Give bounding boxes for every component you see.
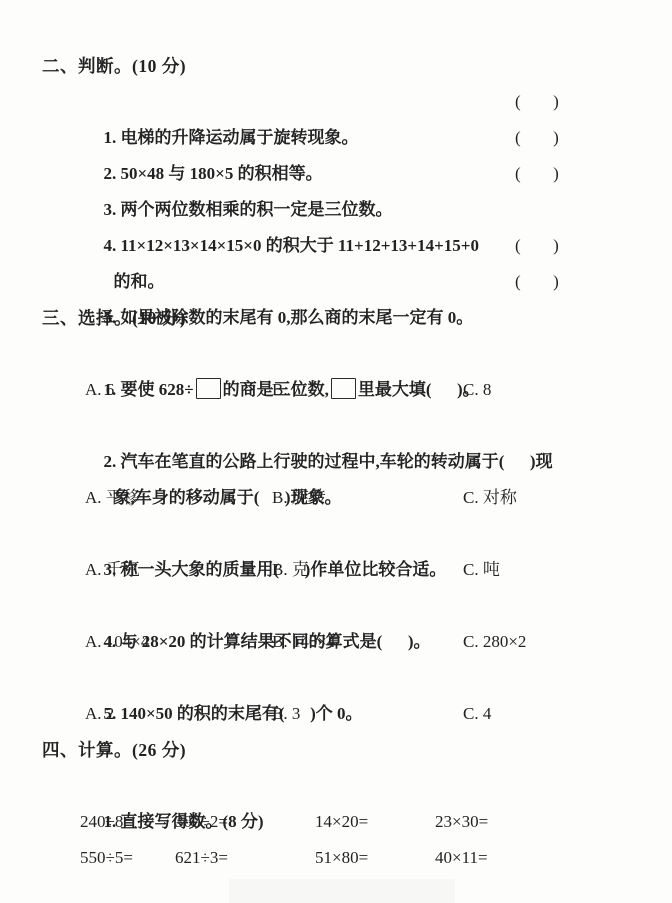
- choice-question-5-options: A. 2 B. 3 C. 4: [85, 696, 672, 732]
- option-a: A. 6: [85, 372, 272, 408]
- choice-question-5: 5. 140×50 的积的末尾有( )个 0。: [42, 660, 672, 696]
- calc-expression: 621÷3=: [175, 840, 315, 876]
- section-heading-judge: 二、判断。(10 分): [42, 48, 672, 84]
- option-c: C. 吨: [463, 552, 672, 588]
- option-b: B. 3: [272, 696, 463, 732]
- answer-parentheses: ( ): [515, 84, 560, 120]
- judge-question-4-line2: 的和。 ( ): [42, 228, 672, 264]
- option-b: B. 旋转: [272, 480, 463, 516]
- choice-question-4-options: A. 104×4 B. 140×4 C. 280×2: [85, 624, 672, 660]
- choice-question-2-options: A. 平移 B. 旋转 C. 对称: [85, 480, 672, 516]
- choice-question-2-line2: 象,车身的移动属于( )现象。: [42, 444, 672, 480]
- judge-question-2: 2. 50×48 与 180×5 的积相等。 ( ): [42, 120, 672, 156]
- calc-row-2: 550÷5= 621÷3= 51×80= 40×11=: [80, 840, 672, 876]
- calc-expression: 14×20=: [315, 804, 435, 840]
- calc-expression: 51×80=: [315, 840, 435, 876]
- choice-question-1: 1. 要使 628÷的商是三位数,里最大填( )。: [42, 336, 672, 372]
- option-c: C. 8: [463, 372, 672, 408]
- option-a: A. 千克: [85, 552, 272, 588]
- answer-parentheses: ( ): [515, 228, 560, 264]
- option-b: B. 7: [272, 372, 463, 408]
- choice-question-2-line1: 2. 汽车在笔直的公路上行驶的过程中,车轮的转动属于( )现: [42, 408, 672, 444]
- answer-parentheses: ( ): [515, 120, 560, 156]
- section-heading-choice: 三、选择。(10 分): [42, 300, 672, 336]
- option-c: C. 4: [463, 696, 672, 732]
- option-b: B. 克: [272, 552, 463, 588]
- choice-question-3: 3. 称一头大象的质量用( )作单位比较合适。: [42, 516, 672, 552]
- paper-content: 二、判断。(10 分) 1. 电梯的升降运动属于旋转现象。 ( ) 2. 50×…: [0, 0, 672, 876]
- judge-question-3: 3. 两个两位数相乘的积一定是三位数。 ( ): [42, 156, 672, 192]
- option-c: C. 280×2: [463, 624, 672, 660]
- option-b: B. 140×4: [272, 624, 463, 660]
- option-a: A. 平移: [85, 480, 272, 516]
- choice-question-1-options: A. 6 B. 7 C. 8: [85, 372, 672, 408]
- option-c: C. 对称: [463, 480, 672, 516]
- calc-sub-heading-row: 1. 直接写得数。(8 分): [42, 768, 672, 804]
- calc-expression: 300÷2=: [175, 804, 315, 840]
- calc-expression: 240÷8=: [80, 804, 175, 840]
- judge-question-5: 5. 如果被除数的末尾有 0,那么商的末尾一定有 0。 ( ): [42, 264, 672, 300]
- calc-expression: 550÷5=: [80, 840, 175, 876]
- answer-parentheses: ( ): [515, 264, 560, 300]
- judge-question-1: 1. 电梯的升降运动属于旋转现象。 ( ): [42, 84, 672, 120]
- judge-question-4-line1: 4. 11×12×13×14×15×0 的积大于 11+12+13+14+15+…: [42, 192, 672, 228]
- calc-row-1: 240÷8= 300÷2= 14×20= 23×30=: [80, 804, 672, 840]
- option-a: A. 2: [85, 696, 272, 732]
- answer-parentheses: ( ): [515, 156, 560, 192]
- choice-question-3-options: A. 千克 B. 克 C. 吨: [85, 552, 672, 588]
- option-a: A. 104×4: [85, 624, 272, 660]
- choice-question-4: 4. 与 28×20 的计算结果不同的算式是( )。: [42, 588, 672, 624]
- exam-paper-page: 二、判断。(10 分) 1. 电梯的升降运动属于旋转现象。 ( ) 2. 50×…: [0, 0, 672, 903]
- scan-artifact: [229, 879, 455, 903]
- section-heading-calc: 四、计算。(26 分): [42, 732, 672, 768]
- calc-expression: 40×11=: [435, 840, 672, 876]
- calc-expression: 23×30=: [435, 804, 672, 840]
